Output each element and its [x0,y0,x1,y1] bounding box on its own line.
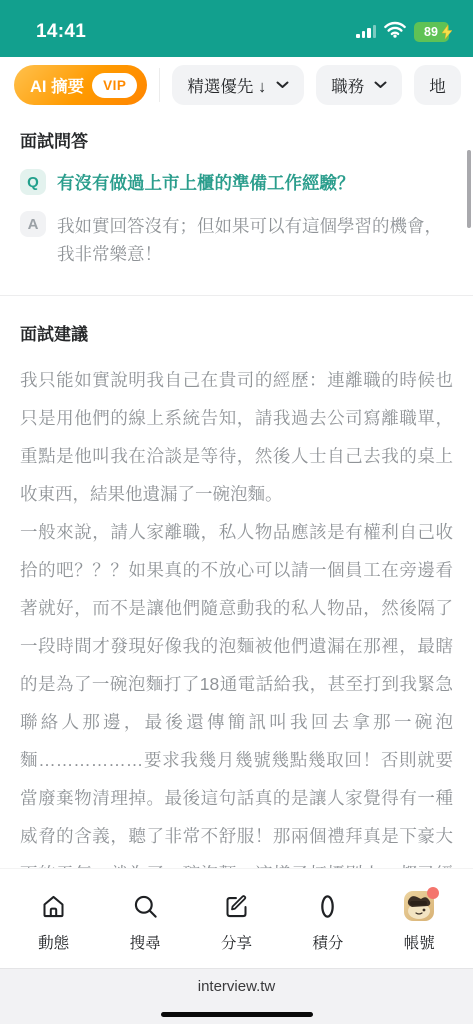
browser-url-text: interview.tw [198,978,276,995]
nav-item-feed[interactable]: 動態 [18,891,90,953]
search-icon [132,891,159,921]
home-indicator[interactable] [161,1012,313,1017]
compose-icon [223,891,250,921]
app-screen: 14:41 89 AI 摘要 VIP [0,0,473,1024]
answer-row: A 我如實回答沒有；但如果可以有這個學習的機會，我非常樂意！ [20,210,453,269]
job-filter-button[interactable]: 職務 [316,65,402,105]
battery-icon: 89 [414,22,449,42]
nav-label-share: 分享 [221,931,252,953]
question-text: 有沒有做過上市上櫃的準備工作經驗？ [57,168,355,197]
question-row: Q 有沒有做過上市上櫃的準備工作經驗？ [20,168,453,197]
charging-bolt-icon [442,25,452,39]
nav-label-account-points: 積分 [312,931,343,953]
nav-label-feed: 動態 [38,931,69,953]
filter-toolbar: AI 摘要 VIP 精選優先 ↓ 職務 地 [0,57,473,113]
job-filter-label: 職務 [331,73,364,97]
cellular-signal-icon [356,25,376,38]
points-icon [314,891,341,921]
sort-filter-label: 精選優先 ↓ [187,73,266,97]
nav-item-share[interactable]: 分享 [200,891,272,953]
battery-percent: 89 [424,25,438,39]
ai-summary-button[interactable]: AI 摘要 VIP [14,65,147,105]
avatar [404,891,434,921]
advice-paragraph: 我只能如實說明我自己在貴司的經歷：連離職的時候也只是用他們的線上系統告知，請我過… [20,361,453,513]
sort-filter-button[interactable]: 精選優先 ↓ [172,65,304,105]
bottom-nav: 動態 搜尋 分享 [0,868,473,968]
scrollbar[interactable] [467,150,471,228]
browser-url-bar[interactable]: interview.tw [0,968,473,1024]
ai-summary-label: AI 摘要 [30,73,84,97]
vip-badge: VIP [92,73,137,98]
nav-label-search: 搜尋 [130,931,161,953]
chevron-down-icon [276,81,289,89]
qa-section-title: 面試問答 [20,127,453,152]
answer-text: 我如實回答沒有；但如果可以有這個學習的機會，我非常樂意！ [57,210,453,269]
chevron-down-icon [374,81,387,89]
notification-dot [427,887,439,899]
region-filter-button[interactable]: 地 [414,65,461,105]
status-time: 14:41 [36,21,86,43]
nav-item-points[interactable]: 積分 [292,891,364,953]
status-icons: 89 [356,21,449,43]
toolbar-divider [159,68,160,102]
question-badge: Q [20,169,46,195]
advice-section-title: 面試建議 [20,320,453,345]
nav-item-account[interactable]: 帳號 [383,891,455,953]
wifi-icon [384,21,406,43]
nav-label-account: 帳號 [404,931,435,953]
home-icon [40,891,67,921]
region-filter-label: 地 [429,73,446,97]
status-bar: 14:41 89 [0,0,473,57]
answer-badge: A [20,211,46,237]
nav-item-search[interactable]: 搜尋 [109,891,181,953]
section-divider [0,295,473,296]
